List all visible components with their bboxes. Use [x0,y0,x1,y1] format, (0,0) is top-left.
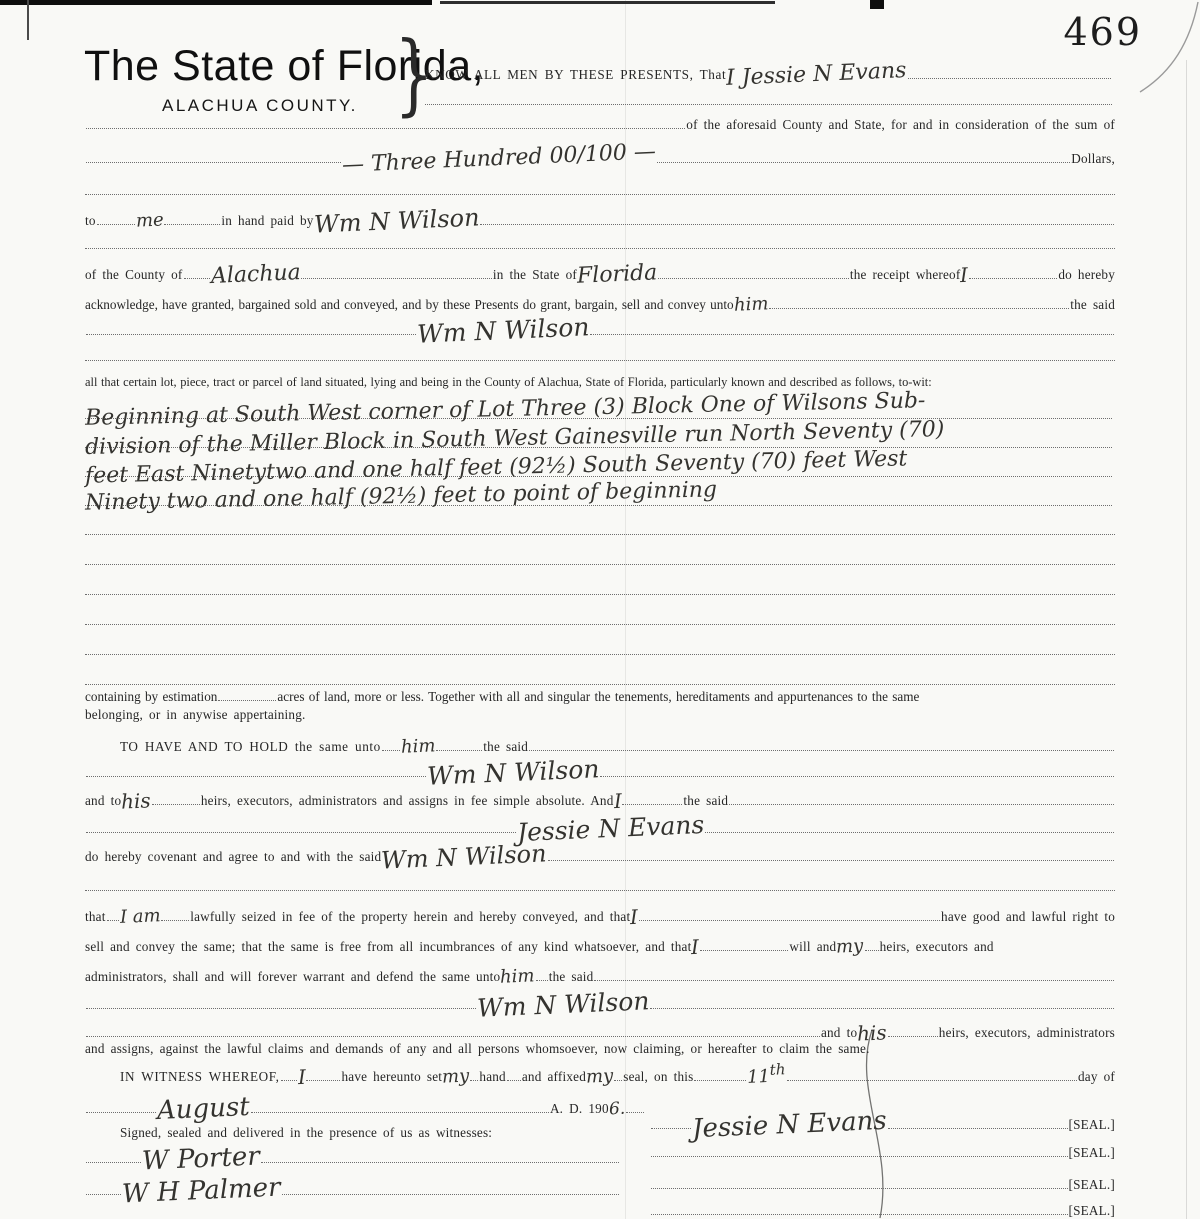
blank-line [85,176,1115,195]
printed-presents: KNOW ALL MEN BY THESE PRESENTS, That [425,67,726,82]
dotted-leader [164,224,220,225]
printed-description-intro: all that certain lot, piece, tract or pa… [85,375,932,389]
dotted-leader [650,1008,1114,1009]
printed-county-of: of the County of [85,267,183,282]
grantor-signature-row: Jessie N Evans [SEAL.] [650,1096,1115,1132]
dotted-leader [787,1080,1077,1081]
dotted-leader [86,1194,121,1195]
dotted-leader [626,1112,644,1113]
hw-i: I [691,937,700,957]
printed-seal: seal [623,1069,644,1084]
printed-to: to [85,213,96,228]
dotted-leader [86,334,416,335]
heirs-row: and to his heirs, executors, administrat… [85,784,1115,808]
hw-i: I [297,1067,306,1087]
scan-edge-top-left [0,0,432,5]
dotted-leader [969,278,1057,279]
dotted-leader [888,1128,1068,1129]
hw-my: my [586,1067,614,1086]
blank-line [85,666,1115,685]
description-line-3: feet East Ninetytwo and one half feet (9… [85,446,1112,477]
description-intro-row: all that certain lot, piece, tract or pa… [85,372,1115,389]
blank-line [85,636,1115,655]
dotted-leader [86,1162,141,1163]
printed-sell: sell and convey the same; that the same … [85,939,691,954]
dotted-leader [622,804,682,805]
in-witness-row: IN WITNESS WHEREOF, I have hereunto set … [120,1060,1115,1084]
grantor-name-row: Jessie N Evans [85,806,1115,836]
dotted-leader [590,334,1114,335]
dotted-leader [480,224,1114,225]
dotted-leader [657,162,1070,163]
blank-line [85,576,1115,595]
seal-row-4: [SEAL.] [650,1194,1115,1218]
seal-label: [SEAL.] [1069,1203,1115,1218]
hw-me: me [135,211,163,230]
description-line-4: Ninety two and one half (92½) feet to po… [85,475,1112,506]
printed-in-witness: IN WITNESS WHEREOF, [120,1069,280,1084]
dotted-leader [281,1080,297,1081]
description-line-2: division of the Miller Block in South We… [85,417,1112,448]
printed-set: have hereunto set [341,1069,442,1084]
dotted-leader [282,1194,619,1195]
dotted-leader [86,162,341,163]
description-line-1: Beginning at South West corner of Lot Th… [85,388,1112,419]
printed-dollars: Dollars, [1071,151,1115,166]
printed-day-of: day of [1078,1069,1115,1084]
covenant-row: do hereby covenant and agree to and with… [85,840,1115,864]
dotted-leader [888,1036,938,1037]
hw-description-4: Ninety two and one half (92½) feet to po… [85,479,717,514]
paid-by-row: to me in hand paid by Wm N Wilson [85,202,1115,228]
printed-aforesaid: of the aforesaid County and State, for a… [686,117,1115,132]
acknowledge-row: acknowledge, have granted, bargained sol… [85,288,1115,312]
printed-acres: acres of land, more or less. Together wi… [277,689,919,704]
dotted-leader [86,776,426,777]
dotted-leader [536,980,548,981]
dotted-leader [97,224,135,225]
seal-row-2: [SEAL.] [650,1136,1115,1160]
printed-paid-by: in hand paid by [221,213,313,228]
hw-witness-2-signature: W H Palmer [122,1175,282,1208]
blank-line [85,606,1115,625]
hw-i: I [630,907,639,927]
dotted-leader [152,804,200,805]
month-year-row: August A. D. 190 6. [85,1086,645,1116]
page-number: 469 [1063,10,1142,54]
scan-edge-top-mid [440,1,775,4]
grantee-name-row-2: Wm N Wilson [85,750,1115,780]
dotted-leader [261,1162,619,1163]
hw-my: my [836,937,864,956]
witness-1-row: W Porter [85,1136,620,1166]
belonging-row: belonging, or in anywise appertaining. [85,706,1115,722]
dotted-leader [161,920,189,921]
dotted-leader [651,1156,1068,1157]
warrant-row: administrators, shall and will forever w… [85,960,1115,984]
presents-row: KNOW ALL MEN BY THESE PRESENTS, That I J… [425,52,1112,82]
dotted-leader [651,1214,1068,1215]
hw-state: Florida [577,262,658,287]
dotted-leader [651,1188,1068,1189]
dotted-leader [86,832,516,833]
dotted-leader [251,1112,549,1113]
seized-row: that I am lawfully seized in fee of the … [85,900,1115,924]
hw-i: I [960,265,969,285]
hw-grantee-name: Wm N Wilson [381,841,547,872]
scan-edge-left-tick [27,0,29,40]
printed-receipt: the receipt whereof [850,267,961,282]
blank-line [85,546,1115,565]
printed-heirs-3: heirs, executors, administrators [939,1025,1115,1040]
printed-on-this: , on this [645,1069,694,1084]
dotted-leader [306,1080,340,1081]
printed-seized: lawfully seized in fee of the property h… [190,909,630,924]
printed-hand: hand [479,1069,505,1084]
seal-label: [SEAL.] [1069,1117,1115,1132]
printed-ad-year: A. D. 190 [550,1101,609,1116]
dotted-leader [651,1128,691,1129]
printed-will-and: will and [789,939,836,954]
aforesaid-row: of the aforesaid County and State, for a… [85,114,1115,132]
dotted-leader [548,860,1114,861]
and-to-heirs-row: and to his heirs, executors, administrat… [85,1016,1115,1040]
dotted-leader [908,78,1111,79]
hw-amount: — Three Hundred 00/100 — [342,141,657,177]
dotted-leader [658,278,849,279]
printed-belonging: belonging, or in anywise appertaining. [85,707,306,722]
dotted-leader [705,832,1114,833]
hw-i-am: I am [119,907,160,927]
dotted-leader [86,128,685,129]
blank-line [425,86,1112,105]
printed-heirs-2: heirs, executors and [880,939,994,954]
dotted-leader [700,950,788,951]
printed-state-of: in the State of [493,267,577,282]
dotted-leader [470,1080,478,1081]
assigns-row: and assigns, against the lawful claims a… [85,1040,1115,1056]
dotted-leader [86,1112,156,1113]
dotted-leader [184,278,210,279]
dotted-leader [301,278,492,279]
printed-covenant: do hereby covenant and agree to and with… [85,849,381,864]
witness-2-row: W H Palmer [85,1168,620,1198]
seal-label: [SEAL.] [1069,1177,1115,1192]
county-state-row: of the County of Alachua in the State of… [85,256,1115,282]
dotted-leader [507,1080,521,1081]
printed-assigns: and assigns, against the lawful claims a… [85,1041,870,1056]
hw-month: August [156,1094,250,1124]
printed-affixed: and affixed [522,1069,586,1084]
deed-document-page: 469 The State of Florida, ALACHUA COUNTY… [0,0,1200,1219]
scan-edge-right [1186,60,1187,1219]
hw-day-suffix: th [770,1060,786,1079]
printed-and-to: and to [821,1025,857,1040]
dotted-leader [594,980,1114,981]
printed-do-hereby: do hereby [1058,267,1115,282]
seal-label: [SEAL.] [1069,1145,1115,1160]
dotted-leader [600,776,1114,777]
hw-my: my [442,1067,470,1086]
grantee-name-row-3: Wm N Wilson [85,982,1115,1012]
sell-row: sell and convey the same; that the same … [85,930,1115,954]
blank-line [85,230,1115,249]
dotted-leader [694,1080,746,1081]
blank-line [85,516,1115,535]
hw-year: 6. [608,1101,625,1119]
containing-row: containing by estimation acres of land, … [85,688,1115,704]
blank-line [85,342,1115,361]
dotted-leader [218,700,276,701]
dotted-leader [769,308,1069,309]
amount-row: — Three Hundred 00/100 — Dollars, [85,140,1115,166]
printed-right-to: have good and lawful right to [941,909,1115,924]
grantee-name-row: Wm N Wilson [85,310,1115,338]
dotted-leader [86,1008,476,1009]
dotted-leader [639,920,940,921]
scan-edge-top-tick [870,0,884,9]
blank-line [85,872,1115,891]
hw-county: Alachua [210,262,301,288]
dotted-leader [729,804,1114,805]
dotted-leader [865,950,879,951]
dotted-leader [86,1036,820,1037]
seal-row-3: [SEAL.] [650,1168,1115,1192]
hw-day: 11th [747,1062,787,1087]
printed-containing: containing by estimation [85,689,217,704]
county-title: ALACHUA COUNTY. [162,96,358,116]
dotted-leader [614,1080,622,1081]
dotted-leader [107,920,119,921]
printed-that: that [85,909,106,924]
